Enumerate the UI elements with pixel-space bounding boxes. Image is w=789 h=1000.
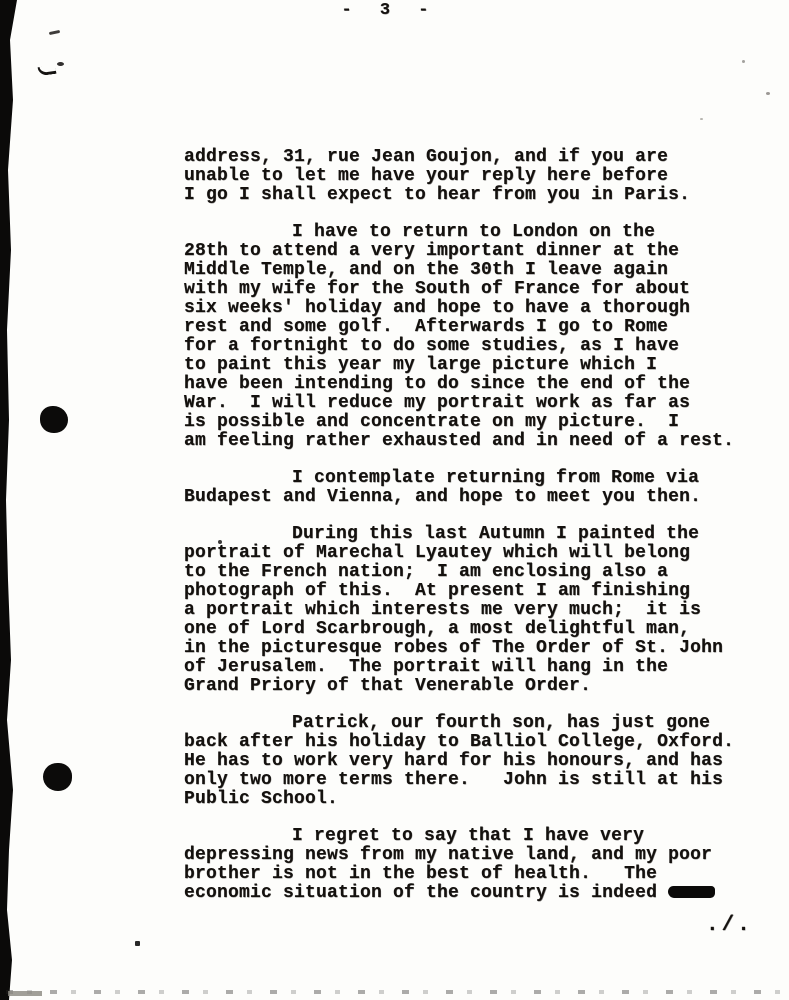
text-line: portrait of Marechal Lyautey which will … xyxy=(184,544,764,563)
scan-noise-band xyxy=(8,991,42,996)
letter-body: address, 31, rue Jean Goujon, and if you… xyxy=(184,148,764,921)
text-line: have been intending to do since the end … xyxy=(184,375,764,394)
text-line: with my wife for the South of France for… xyxy=(184,280,764,299)
paper-speck xyxy=(135,941,140,946)
text-line: Middle Temple, and on the 30th I leave a… xyxy=(184,261,764,280)
page-number: - 3 - xyxy=(0,1,779,20)
text-line: I contemplate returning from Rome via xyxy=(184,469,764,488)
text-line: 28th to attend a very important dinner a… xyxy=(184,242,764,261)
text-line: to the French nation; I am enclosing als… xyxy=(184,563,764,582)
text-line: a portrait which interests me very much;… xyxy=(184,601,764,620)
scan-edge-left xyxy=(0,0,18,1000)
text-line: War. I will reduce my portrait work as f… xyxy=(184,394,764,413)
text-line: back after his holiday to Balliol Colleg… xyxy=(184,733,764,752)
text-line: six weeks' holiday and hope to have a th… xyxy=(184,299,764,318)
text-line: of Jerusalem. The portrait will hang in … xyxy=(184,658,764,677)
text-line: Budapest and Vienna, and hope to meet yo… xyxy=(184,488,764,507)
text-line: in the picturesque robes of The Order of… xyxy=(184,639,764,658)
text-line: unable to let me have your reply here be… xyxy=(184,167,764,186)
ink-smudge xyxy=(49,30,60,35)
paragraph: address, 31, rue Jean Goujon, and if you… xyxy=(184,148,764,205)
text-line: economic situation of the country is ind… xyxy=(184,883,657,903)
text-line: am feeling rather exhausted and in need … xyxy=(184,432,764,451)
text-line: Public School. xyxy=(184,790,764,809)
text-line: I go I shall expect to hear from you in … xyxy=(184,186,764,205)
text-line: rest and some golf. Afterwards I go to R… xyxy=(184,318,764,337)
paragraph: I regret to say that I have verydepressi… xyxy=(184,827,764,903)
paper-speck xyxy=(766,92,770,95)
text-line: address, 31, rue Jean Goujon, and if you… xyxy=(184,148,764,167)
paragraph: I have to return to London on the28th to… xyxy=(184,223,764,451)
punch-hole-bottom xyxy=(43,763,72,791)
text-line: Grand Priory of that Venerable Order. xyxy=(184,677,764,696)
text-line: is possible and concentrate on my pictur… xyxy=(184,413,764,432)
text-line: I have to return to London on the xyxy=(184,223,764,242)
text-line: brother is not in the best of health. Th… xyxy=(184,865,764,884)
paragraph: Patrick, our fourth son, has just goneba… xyxy=(184,714,764,809)
paragraph: During this last Autumn I painted thepor… xyxy=(184,525,764,696)
paragraph: I contemplate returning from Rome viaBud… xyxy=(184,469,764,507)
text-line: depressing news from my native land, and… xyxy=(184,846,764,865)
text-line: Patrick, our fourth son, has just gone xyxy=(184,714,764,733)
ink-smudge xyxy=(57,62,64,66)
redaction-mark xyxy=(668,886,715,898)
text-line: to paint this year my large picture whic… xyxy=(184,356,764,375)
scan-noise-band xyxy=(6,990,784,994)
text-line: photograph of this. At present I am fini… xyxy=(184,582,764,601)
text-line: He has to work very hard for his honours… xyxy=(184,752,764,771)
text-line: only two more terms there. John is still… xyxy=(184,771,764,790)
text-line: for a fortnight to do some studies, as I… xyxy=(184,337,764,356)
paper-speck xyxy=(742,60,745,63)
scanned-letter-page: - 3 - address, 31, rue Jean Goujon, and … xyxy=(0,0,789,1000)
text-line: During this last Autumn I painted the xyxy=(184,525,764,544)
text-line: I regret to say that I have very xyxy=(184,827,764,846)
text-line: one of Lord Scarbrough, a most delightfu… xyxy=(184,620,764,639)
ink-smudge xyxy=(37,65,56,76)
continuation-mark: ./. xyxy=(706,914,753,937)
punch-hole-top xyxy=(40,406,68,433)
paper-speck xyxy=(700,118,703,120)
